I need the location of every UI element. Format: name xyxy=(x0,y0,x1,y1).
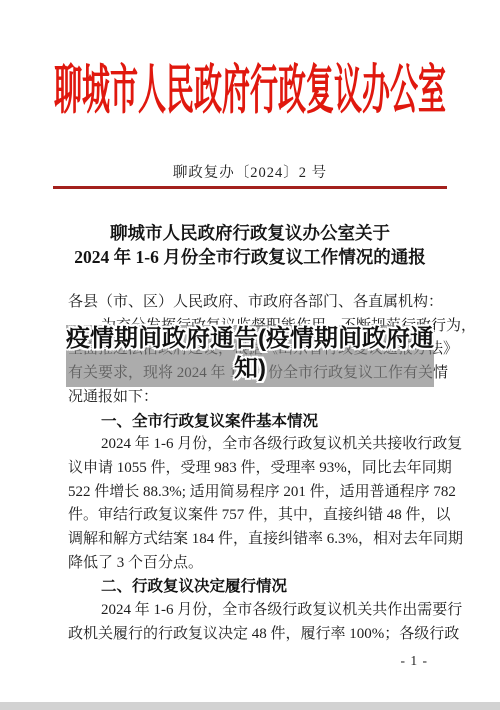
section-heading: 二、行政复议决定履行情况 xyxy=(68,575,434,599)
body-line: 政机关履行的行政复议决定 48 件，履行率 100%；各级行政 xyxy=(68,623,434,647)
body-line: 降低了 3 个百分点。 xyxy=(68,552,434,576)
bottom-edge-bar xyxy=(0,702,500,710)
page-number: - 1 - xyxy=(401,653,429,669)
body-line: 2024 年 1-6 月份，全市各级行政复议机关共作出需要行 xyxy=(68,599,434,623)
watermark-title: 疫情期间政府通告(疫情期间政府通 知) xyxy=(0,324,500,384)
body-line: 522 件增长 88.3%; 适用简易程序 201 件，适用普通程序 782 xyxy=(68,481,434,505)
section-heading: 一、全市行政复议案件基本情况 xyxy=(68,410,434,434)
document-title: 聊城市人民政府行政复议办公室关于 2024 年 1-6 月份全市行政复议工作情况… xyxy=(0,221,500,269)
body-line: 调解和解方式结案 184 件，直接纠错率 6.3%，相对去年同期 xyxy=(68,528,434,552)
body-line: 2024 年 1-6 月份，全市各级行政复议机关共接收行政复 xyxy=(68,433,434,457)
body-line: 件。审结行政复议案件 757 件，其中，直接纠错 48 件，以 xyxy=(68,504,434,528)
header-divider-line xyxy=(53,186,447,189)
body-line: 况通报如下： xyxy=(68,386,434,410)
body-line: 各县（市、区）人民政府、市政府各部门、各直属机构： xyxy=(68,291,434,315)
watermark-title-line2: 知) xyxy=(0,354,500,384)
document-number: 聊政复办〔2024〕2 号 xyxy=(0,161,500,182)
document-title-line1: 聊城市人民政府行政复议办公室关于 xyxy=(0,221,500,245)
document-issuer-title: 聊城市人民政府行政复议办公室 xyxy=(0,66,500,119)
body-line: 议申请 1055 件，受理 983 件，受理率 93%，同比去年同期 xyxy=(68,457,434,481)
document-page: 聊城市人民政府行政复议办公室 聊政复办〔2024〕2 号 聊城市人民政府行政复议… xyxy=(0,0,500,710)
document-title-line2: 2024 年 1-6 月份全市行政复议工作情况的通报 xyxy=(0,245,500,269)
watermark-title-line1: 疫情期间政府通告(疫情期间政府通 xyxy=(0,324,500,354)
